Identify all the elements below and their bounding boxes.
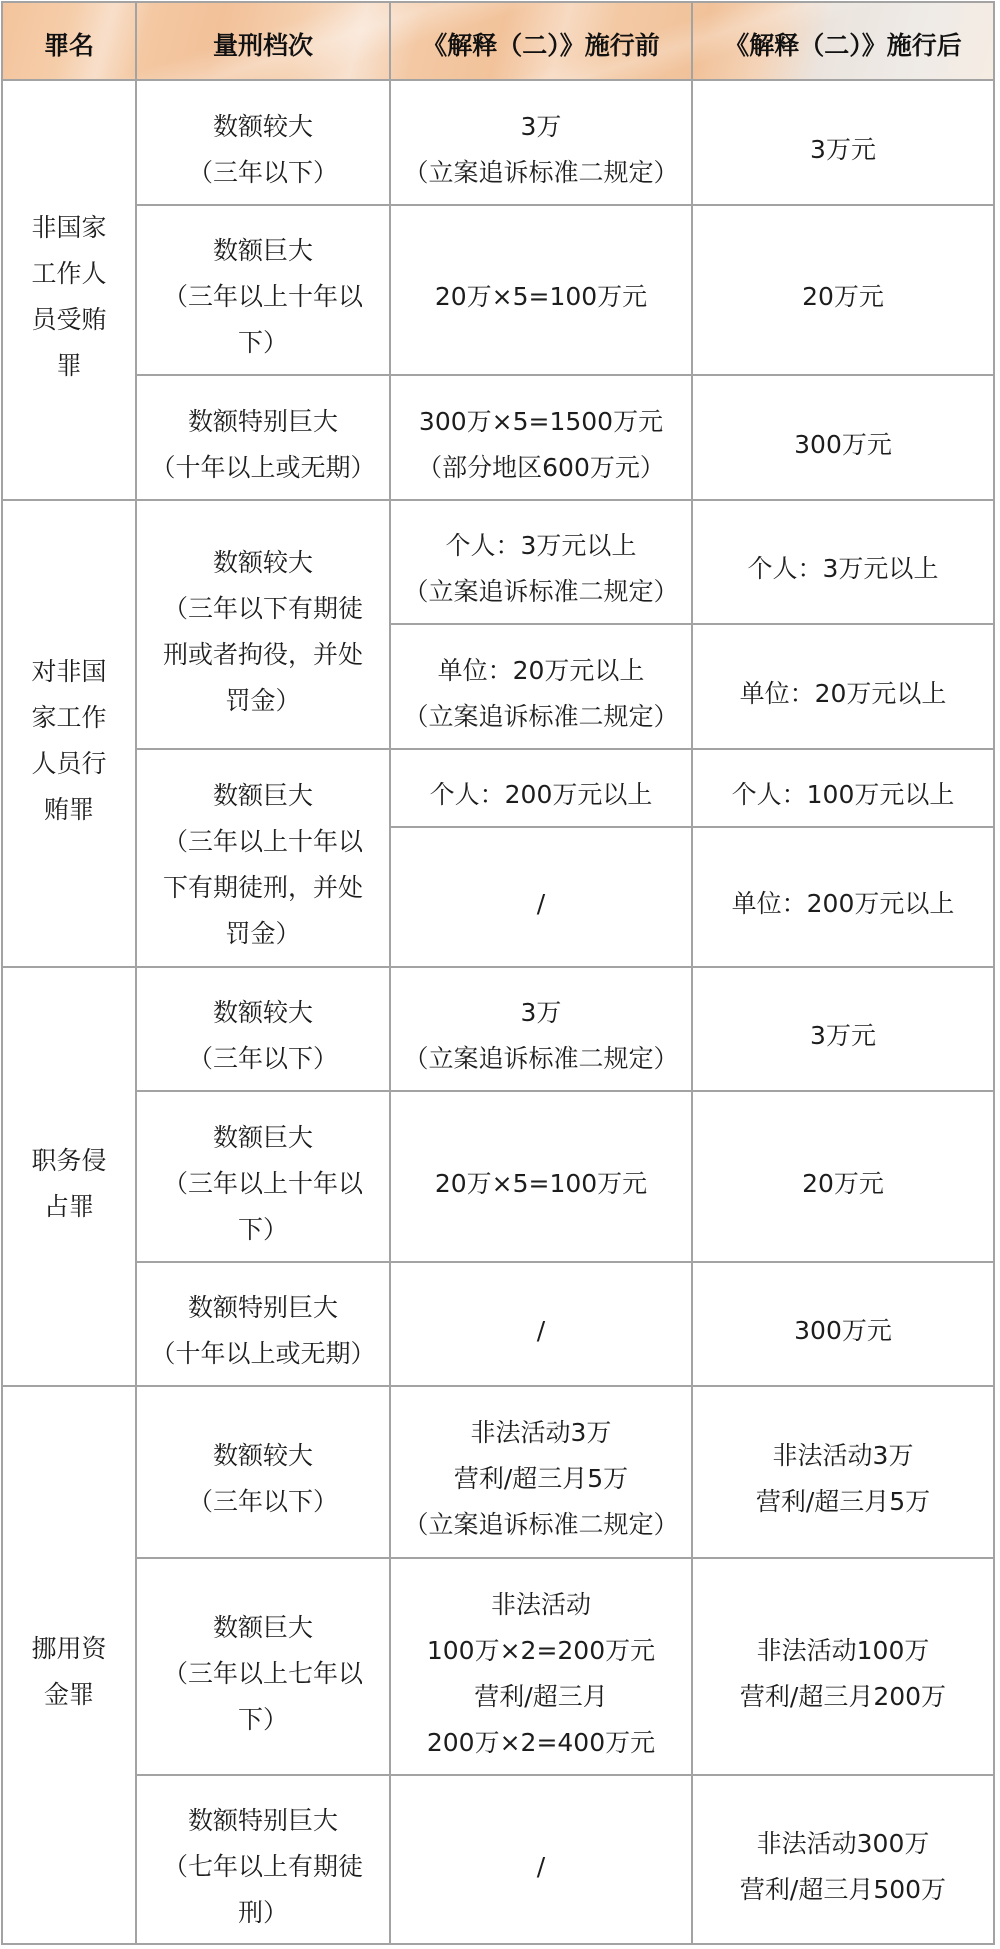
header-crime-cell: 罪名 bbox=[3, 3, 135, 79]
crime-name: 非国家 工作人 员受贿 罪 bbox=[31, 205, 106, 389]
after-amount-cell: 非法活动3万 营利/超三月5万 bbox=[693, 1387, 993, 1557]
before-amount: / bbox=[537, 881, 545, 927]
sentencing-tier-cell: 数额巨大 （三年以上十年以 下） bbox=[137, 1092, 389, 1261]
crime-name: 对非国 家工作 人员行 贿罪 bbox=[31, 649, 106, 833]
before-amount-cell: 20万×5=100万元 bbox=[391, 1092, 691, 1261]
after-amount: 单位：20万元以上 bbox=[740, 671, 947, 717]
crime-name-cell: 对非国 家工作 人员行 贿罪 bbox=[3, 501, 135, 966]
sentencing-tier-cell: 数额特别巨大 （七年以上有期徒 刑） bbox=[137, 1776, 389, 1943]
after-amount-cell: 3万元 bbox=[693, 81, 993, 204]
comparison-table: 罪名 量刑档次 《解释（二）》施行前 《解释（二）》施行后 非国家 工作人 员受… bbox=[1, 1, 995, 1945]
after-amount-cell: 单位：200万元以上 bbox=[693, 828, 993, 966]
crime-name: 职务侵 占罪 bbox=[31, 1138, 106, 1230]
sentencing-tier-cell: 数额较大 （三年以下有期徒 刑或者拘役，并处 罚金） bbox=[137, 501, 389, 748]
header-after-cell: 《解释（二）》施行后 bbox=[693, 3, 993, 79]
sentencing-tier-label: 数额巨大 （三年以上七年以 下） bbox=[163, 1605, 363, 1743]
header-level-cell: 量刑档次 bbox=[137, 3, 389, 79]
sentencing-tier-cell: 数额特别巨大 （十年以上或无期） bbox=[137, 1263, 389, 1385]
crime-name-cell: 职务侵 占罪 bbox=[3, 968, 135, 1385]
sentencing-tier-label: 数额巨大 （三年以上十年以 下） bbox=[163, 228, 363, 366]
after-amount-cell: 3万元 bbox=[693, 968, 993, 1090]
after-amount-cell: 20万元 bbox=[693, 206, 993, 374]
sentencing-tier-label: 数额较大 （三年以下有期徒 刑或者拘役，并处 罚金） bbox=[163, 540, 363, 724]
before-amount-cell: 非法活动 100万×2=200万元 营利/超三月 200万×2=400万元 bbox=[391, 1559, 691, 1774]
header-level-label: 量刑档次 bbox=[213, 23, 313, 69]
sentencing-tier-label: 数额特别巨大 （十年以上或无期） bbox=[150, 399, 375, 491]
after-amount: 3万元 bbox=[810, 127, 876, 173]
sentencing-tier-label: 数额特别巨大 （七年以上有期徒 刑） bbox=[163, 1798, 363, 1936]
after-amount-cell: 20万元 bbox=[693, 1092, 993, 1261]
before-amount: 20万×5=100万元 bbox=[435, 274, 647, 320]
sentencing-tier-cell: 数额巨大 （三年以上十年以 下） bbox=[137, 206, 389, 374]
sentencing-tier-cell: 数额较大 （三年以下） bbox=[137, 1387, 389, 1557]
before-amount: / bbox=[537, 1308, 545, 1354]
before-amount-cell: 20万×5=100万元 bbox=[391, 206, 691, 374]
after-amount: 20万元 bbox=[802, 274, 884, 320]
before-amount: / bbox=[537, 1844, 545, 1890]
before-amount: 个人：200万元以上 bbox=[430, 772, 653, 818]
header-crime-label: 罪名 bbox=[44, 23, 94, 69]
after-amount: 非法活动3万 营利/超三月5万 bbox=[756, 1433, 930, 1525]
header-after-label: 《解释（二）》施行后 bbox=[724, 23, 962, 69]
before-amount: 20万×5=100万元 bbox=[435, 1161, 647, 1207]
crime-name: 挪用资 金罪 bbox=[31, 1626, 106, 1718]
before-amount-cell: 个人：200万元以上 bbox=[391, 750, 691, 826]
sentencing-tier-label: 数额较大 （三年以下） bbox=[188, 104, 338, 196]
after-amount-cell: 单位：20万元以上 bbox=[693, 625, 993, 748]
before-amount-cell: 单位：20万元以上 （立案追诉标准二规定） bbox=[391, 625, 691, 748]
sentencing-tier-label: 数额较大 （三年以下） bbox=[188, 990, 338, 1082]
sentencing-tier-label: 数额巨大 （三年以上十年以 下有期徒刑，并处 罚金） bbox=[163, 773, 363, 957]
before-amount: 非法活动 100万×2=200万元 营利/超三月 200万×2=400万元 bbox=[427, 1582, 655, 1766]
after-amount: 非法活动100万 营利/超三月200万 bbox=[740, 1628, 946, 1720]
after-amount-cell: 个人：100万元以上 bbox=[693, 750, 993, 826]
sentencing-tier-cell: 数额较大 （三年以下） bbox=[137, 81, 389, 204]
sentencing-tier-cell: 数额巨大 （三年以上七年以 下） bbox=[137, 1559, 389, 1774]
sentencing-tier-cell: 数额较大 （三年以下） bbox=[137, 968, 389, 1090]
after-amount: 300万元 bbox=[794, 1308, 892, 1354]
sentencing-tier-label: 数额特别巨大 （十年以上或无期） bbox=[150, 1285, 375, 1377]
crime-name-cell: 挪用资 金罪 bbox=[3, 1387, 135, 1943]
header-before-label: 《解释（二）》施行前 bbox=[422, 23, 660, 69]
before-amount-cell: 3万 （立案追诉标准二规定） bbox=[391, 968, 691, 1090]
before-amount: 300万×5=1500万元 （部分地区600万元） bbox=[417, 399, 665, 491]
before-amount-cell: 3万 （立案追诉标准二规定） bbox=[391, 81, 691, 204]
before-amount: 单位：20万元以上 （立案追诉标准二规定） bbox=[403, 648, 678, 740]
after-amount: 单位：200万元以上 bbox=[732, 881, 955, 927]
after-amount-cell: 非法活动300万 营利/超三月500万 bbox=[693, 1776, 993, 1943]
after-amount-cell: 300万元 bbox=[693, 376, 993, 499]
header-before-cell: 《解释（二）》施行前 bbox=[391, 3, 691, 79]
before-amount: 3万 （立案追诉标准二规定） bbox=[403, 990, 678, 1082]
before-amount-cell: 300万×5=1500万元 （部分地区600万元） bbox=[391, 376, 691, 499]
sentencing-tier-label: 数额较大 （三年以下） bbox=[188, 1433, 338, 1525]
after-amount: 个人：100万元以上 bbox=[732, 772, 955, 818]
before-amount: 个人：3万元以上 （立案追诉标准二规定） bbox=[403, 523, 678, 615]
before-amount-cell: / bbox=[391, 1263, 691, 1385]
after-amount-cell: 300万元 bbox=[693, 1263, 993, 1385]
sentencing-tier-cell: 数额特别巨大 （十年以上或无期） bbox=[137, 376, 389, 499]
crime-name-cell: 非国家 工作人 员受贿 罪 bbox=[3, 81, 135, 499]
after-amount: 300万元 bbox=[794, 422, 892, 468]
sentencing-tier-label: 数额巨大 （三年以上十年以 下） bbox=[163, 1115, 363, 1253]
after-amount: 3万元 bbox=[810, 1013, 876, 1059]
sentencing-tier-cell: 数额巨大 （三年以上十年以 下有期徒刑，并处 罚金） bbox=[137, 750, 389, 966]
before-amount-cell: / bbox=[391, 828, 691, 966]
before-amount-cell: 个人：3万元以上 （立案追诉标准二规定） bbox=[391, 501, 691, 623]
after-amount-cell: 个人：3万元以上 bbox=[693, 501, 993, 623]
after-amount: 20万元 bbox=[802, 1161, 884, 1207]
before-amount-cell: / bbox=[391, 1776, 691, 1943]
before-amount: 3万 （立案追诉标准二规定） bbox=[403, 104, 678, 196]
after-amount-cell: 非法活动100万 营利/超三月200万 bbox=[693, 1559, 993, 1774]
before-amount-cell: 非法活动3万 营利/超三月5万 （立案追诉标准二规定） bbox=[391, 1387, 691, 1557]
after-amount: 个人：3万元以上 bbox=[748, 546, 939, 592]
before-amount: 非法活动3万 营利/超三月5万 （立案追诉标准二规定） bbox=[403, 1410, 678, 1548]
after-amount: 非法活动300万 营利/超三月500万 bbox=[740, 1821, 946, 1913]
